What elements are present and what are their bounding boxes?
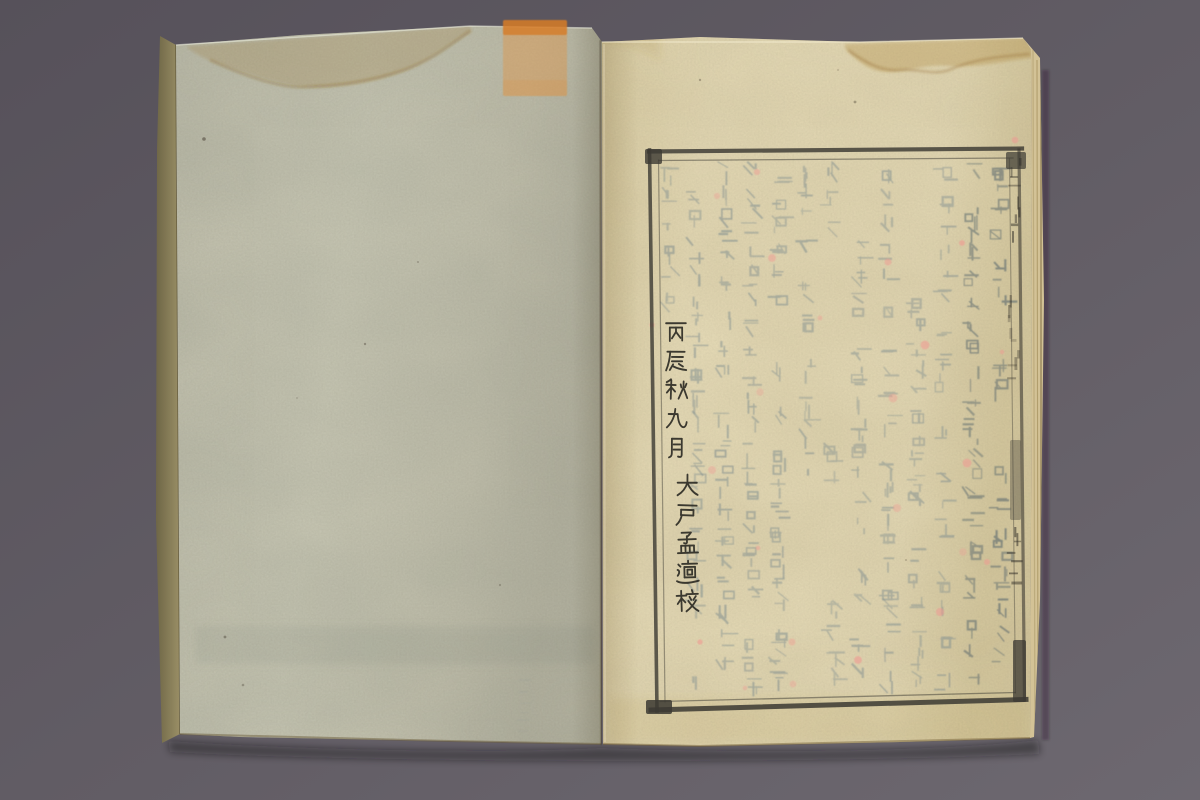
- photo-stage: 丙辰秋九月大戸孟適校: [0, 0, 1200, 800]
- book-cover-edge: [156, 36, 180, 743]
- book-side-shadow: [1042, 70, 1049, 740]
- right-page: 丙辰秋九月大戸孟適校: [596, 20, 1041, 760]
- book-photograph: 丙辰秋九月大戸孟適校: [0, 0, 1200, 800]
- left-page: [170, 20, 610, 750]
- repair-tape-label: [503, 20, 567, 96]
